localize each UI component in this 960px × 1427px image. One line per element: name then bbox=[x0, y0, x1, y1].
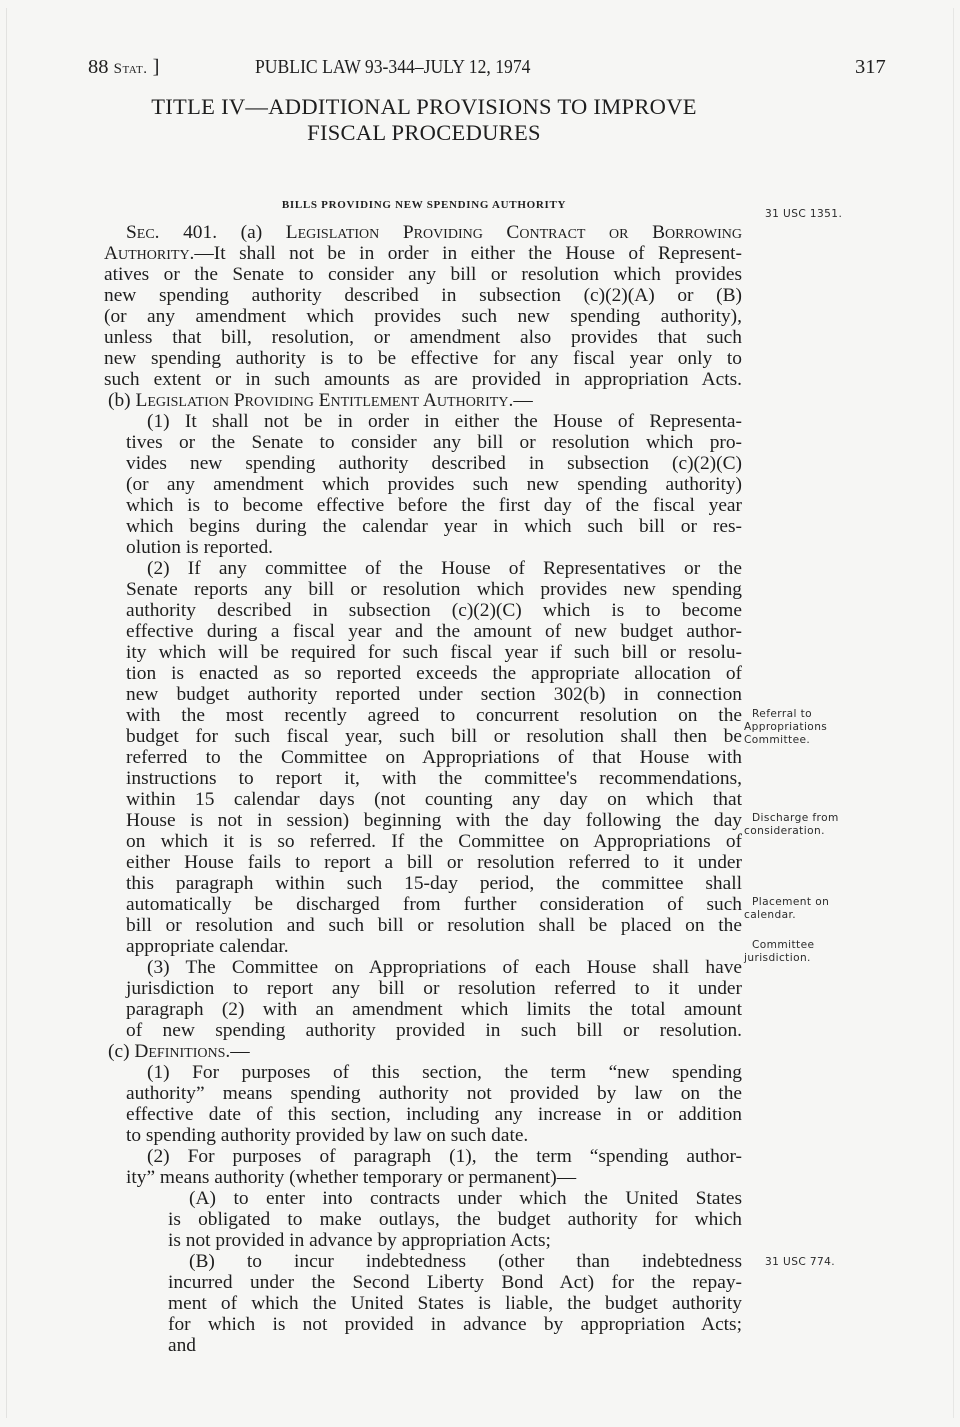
body-line: such extent or in such amounts as are pr… bbox=[104, 369, 742, 390]
clause-B-line: ment of which the United States is liabl… bbox=[168, 1293, 742, 1314]
subsection-label: (b) bbox=[108, 390, 135, 411]
sec-number: 401. (a) bbox=[160, 222, 286, 243]
subsection-title: Legislation Providing Entitlement Author… bbox=[135, 390, 513, 411]
volume-number: 88 bbox=[88, 56, 109, 78]
body-line: atives or the Senate to consider any bil… bbox=[104, 264, 742, 285]
clause-B-line: for which is not provided in advance by … bbox=[168, 1314, 742, 1335]
paragraph-b2-line: referred to the Committee on Appropriati… bbox=[126, 747, 742, 768]
paragraph-b2-line: budget for such fiscal year, such bill o… bbox=[126, 726, 742, 747]
note-text: 31 USC 1351. bbox=[765, 208, 842, 220]
paragraph-b2-line: (2) If any committee of the House of Rep… bbox=[147, 558, 742, 579]
stat-label: Stat. bbox=[114, 61, 148, 77]
paragraph-b2-line: ity which will be required for such fisc… bbox=[126, 642, 742, 663]
paragraph-c2-line: (2) For purposes of paragraph (1), the t… bbox=[147, 1146, 742, 1167]
paragraph-b2-line: effective during a fiscal year and the a… bbox=[126, 621, 742, 642]
body-line: new spending authority described in subs… bbox=[104, 285, 742, 306]
bracket: ] bbox=[153, 56, 160, 78]
margin-note-referral: Referral to Appropriations Committee. bbox=[744, 708, 894, 747]
title-line-2: FISCAL PROCEDURES bbox=[104, 120, 744, 146]
paragraph-b1-line: tives or the Senate to consider any bill… bbox=[126, 432, 742, 453]
paragraph-b2-line: tion is enacted as so reported exceeds t… bbox=[126, 663, 742, 684]
paragraph-b1-line: (or any amendment which provides such ne… bbox=[126, 474, 742, 495]
margin-note-discharge: Discharge from consideration. bbox=[744, 812, 894, 838]
section-401a-heading: Sec. 401. (a) Legislation Providing Cont… bbox=[126, 222, 742, 243]
body-text: —It shall not be in order in either the … bbox=[194, 243, 742, 264]
paragraph-b3-line: paragraph (2) with an amendment which li… bbox=[126, 999, 742, 1020]
paragraph-b1-line: which is to become effective before the … bbox=[126, 495, 742, 516]
paragraph-b2-line: automatically be discharged from further… bbox=[126, 894, 742, 915]
note-text: calendar. bbox=[744, 909, 894, 922]
paragraph-b1-line: olution is reported. bbox=[126, 537, 742, 558]
clause-B-line: (B) to incur indebtedness (other than in… bbox=[189, 1251, 742, 1272]
body-line: Authority.—It shall not be in order in e… bbox=[104, 243, 742, 264]
paragraph-c1-line: (1) For purposes of this section, the te… bbox=[147, 1062, 742, 1083]
margin-note-citation: 31 USC 1351. bbox=[765, 208, 915, 221]
paragraph-b1-line: vides new spending authority described i… bbox=[126, 453, 742, 474]
note-text: 31 USC 774. bbox=[765, 1256, 835, 1268]
paragraph-b3-line: (3) The Committee on Appropriations of e… bbox=[147, 957, 742, 978]
paragraph-b2-line: bill or resolution and such bill or reso… bbox=[126, 915, 742, 936]
paragraph-b2-line: within 15 calendar days (not counting an… bbox=[126, 789, 742, 810]
clause-B-line: and bbox=[168, 1335, 742, 1356]
note-text: Appropriations bbox=[744, 721, 894, 734]
paragraph-b2-line: Senate reports any bill or resolution wh… bbox=[126, 579, 742, 600]
subheading: BILLS PROVIDING NEW SPENDING AUTHORITY bbox=[104, 199, 744, 211]
paragraph-b2-line: appropriate calendar. bbox=[126, 936, 742, 957]
paragraph-b3-line: of new spending authority provided in su… bbox=[126, 1020, 742, 1041]
body-line: new spending authority is to be effectiv… bbox=[104, 348, 742, 369]
paragraph-b2-line: with the most recently agreed to concurr… bbox=[126, 705, 742, 726]
clause-A-line: is not provided in advance by appropriat… bbox=[168, 1230, 742, 1251]
clause-A-line: is obligated to make outlays, the budget… bbox=[168, 1209, 742, 1230]
paragraph-b2-line: House is not in session) beginning with … bbox=[126, 810, 742, 831]
page-number: 317 bbox=[855, 56, 886, 79]
subsection-c-heading: (c) Definitions.— bbox=[108, 1041, 746, 1062]
clause-A-line: (A) to enter into contracts under which … bbox=[189, 1188, 742, 1209]
paragraph-c1-line: authority” means spending authority not … bbox=[126, 1083, 742, 1104]
subsection-label: (c) bbox=[108, 1041, 134, 1062]
paragraph-b2-line: on which it is so referred. If the Commi… bbox=[126, 831, 742, 852]
body-line: (or any amendment which provides such ne… bbox=[104, 306, 742, 327]
paragraph-b1-line: which begins during the calendar year in… bbox=[126, 516, 742, 537]
note-text: Placement on bbox=[744, 896, 894, 909]
dash: — bbox=[513, 390, 532, 411]
sec-a-title: Legislation Providing Contract or Borrow… bbox=[286, 222, 742, 243]
paragraph-c1-line: effective date of this section, includin… bbox=[126, 1104, 742, 1125]
note-text: Committee. bbox=[744, 734, 894, 747]
subsection-b-heading: (b) Legislation Providing Entitlement Au… bbox=[108, 390, 746, 411]
paragraph-b2-line: this paragraph within such 15-day period… bbox=[126, 873, 742, 894]
note-text: jurisdiction. bbox=[744, 952, 894, 965]
running-head: PUBLIC LAW 93-344–JULY 12, 1974 bbox=[255, 56, 530, 79]
paragraph-c2-line: ity” means authority (whether temporary … bbox=[126, 1167, 742, 1188]
paragraph-b2-line: authority described in subsection (c)(2)… bbox=[126, 600, 742, 621]
margin-note-placement: Placement on calendar. bbox=[744, 896, 894, 922]
margin-note-jurisdiction: Committee jurisdiction. bbox=[744, 939, 894, 965]
paragraph-b2-line: instructions to report it, with the comm… bbox=[126, 768, 742, 789]
paragraph-b1-line: (1) It shall not be in order in either t… bbox=[147, 411, 742, 432]
sec-label: Sec. bbox=[126, 222, 160, 243]
statute-page: 88 Stat. ] PUBLIC LAW 93-344–JULY 12, 19… bbox=[0, 0, 960, 1427]
note-text: Discharge from bbox=[744, 812, 894, 825]
clause-B-line: incurred under the Second Liberty Bond A… bbox=[168, 1272, 742, 1293]
note-text: consideration. bbox=[744, 825, 894, 838]
margin-note-citation: 31 USC 774. bbox=[765, 1256, 915, 1269]
paragraph-b2-line: new budget authority reported under sect… bbox=[126, 684, 742, 705]
title-line-1: TITLE IV—ADDITIONAL PROVISIONS TO IMPROV… bbox=[104, 94, 744, 120]
note-text: Referral to bbox=[744, 708, 894, 721]
dash: — bbox=[230, 1041, 249, 1062]
volume-reference: 88 Stat. ] bbox=[88, 56, 159, 79]
sec-a-title-end: Authority. bbox=[104, 243, 194, 264]
paragraph-b2-line: either House fails to report a bill or r… bbox=[126, 852, 742, 873]
note-text: Committee bbox=[744, 939, 894, 952]
body-line: unless that bill, resolution, or amendme… bbox=[104, 327, 742, 348]
paragraph-b3-line: jurisdiction to report any bill or resol… bbox=[126, 978, 742, 999]
paragraph-c1-line: to spending authority provided by law on… bbox=[126, 1125, 742, 1146]
subsection-title: Definitions. bbox=[134, 1041, 230, 1062]
